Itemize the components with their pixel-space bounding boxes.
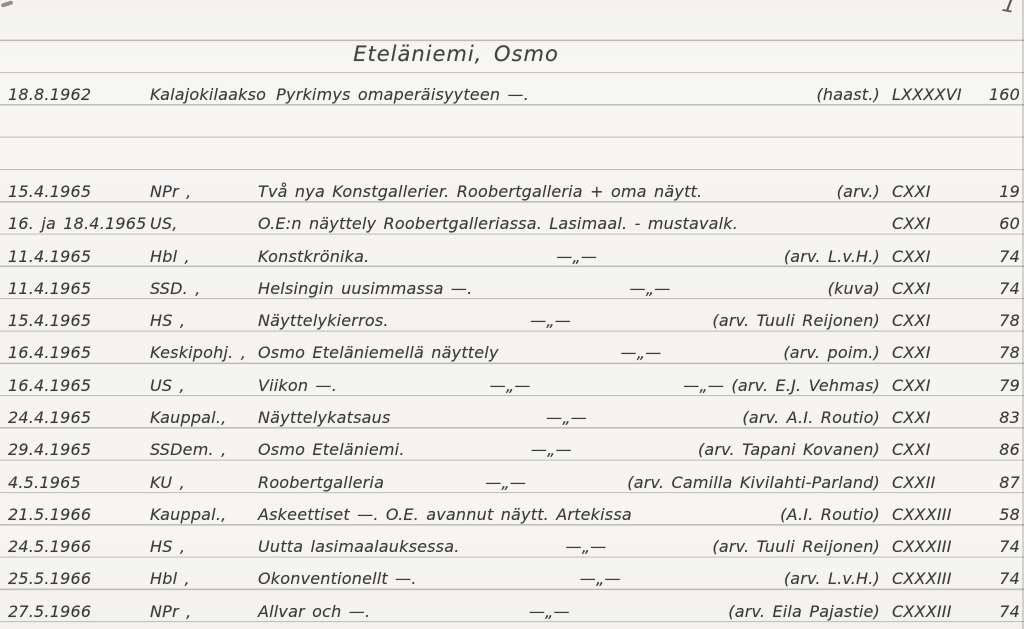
- ditto-mark: —„—: [566, 537, 607, 556]
- entry-row: 15.4.1965 HS , Näyttelykierros. —„— (arv…: [0, 303, 1024, 333]
- entry-title: Roobertgalleria: [258, 473, 384, 492]
- index-card: 1 Eteläniemi, Osmo 18.8.1962 Kalajokilaa…: [0, 0, 1024, 629]
- entry-newspaper: HS ,: [150, 311, 258, 330]
- scan-smudge: [1, 0, 14, 8]
- entry-reference: CXXI 83: [892, 408, 1020, 427]
- volume-numeral: CXXI: [892, 279, 931, 298]
- entry-reference: CXXI 78: [892, 311, 1020, 330]
- entry-note: (arv. Camilla Kivilahti-Parland): [627, 473, 892, 492]
- entry-newspaper: Kalajokilaakso: [150, 85, 276, 104]
- entry-date: 4.5.1965: [8, 473, 150, 492]
- entry-reference: CXXI 86: [892, 440, 1020, 459]
- ditto-mark: —„—: [530, 311, 571, 330]
- page-number: 78: [999, 311, 1020, 330]
- entry-row: 16.4.1965 US , Viikon —. —„— —„— (arv. E…: [0, 368, 1024, 398]
- entry-note: (arv. Tapani Kovanen): [698, 440, 892, 459]
- page-number: 58: [999, 505, 1020, 524]
- entry-row: 11.4.1965 SSD. , Helsingin uusimmassa —.…: [0, 271, 1024, 301]
- volume-numeral: CXXI: [892, 311, 931, 330]
- entry-title: Askeettiset —. O.E. avannut näytt. Artek…: [258, 505, 632, 524]
- entry-note: (arv.): [837, 182, 892, 201]
- entry-ditto-gap: —„—: [472, 279, 827, 298]
- entry-note: (arv. L.v.H.): [784, 569, 892, 588]
- volume-numeral: CXXI: [892, 440, 931, 459]
- volume-numeral: CXXXIII: [892, 602, 952, 621]
- entry-row: 4.5.1965 KU , Roobertgalleria —„— (arv. …: [0, 465, 1024, 495]
- page-number: 87: [999, 473, 1020, 492]
- entry-newspaper: SSD. ,: [150, 279, 258, 298]
- entry-date: 11.4.1965: [8, 279, 150, 298]
- volume-numeral: CXXI: [892, 376, 931, 395]
- entry-reference: CXXI 19: [892, 182, 1020, 201]
- entry-newspaper: Kauppal.,: [150, 408, 258, 427]
- entry-note: (arv. Tuuli Reijonen): [712, 537, 892, 556]
- entry-reference: CXXII 87: [892, 473, 1020, 492]
- page-number: 74: [999, 247, 1020, 266]
- ditto-mark: —„—: [529, 602, 570, 621]
- entry-row: 11.4.1965 Hbl , Konstkrönika. —„— (arv. …: [0, 239, 1024, 269]
- entry-title: Näyttelykatsaus: [258, 408, 391, 427]
- entry-title: O.E:n näyttely Roobertgalleriassa. Lasim…: [258, 214, 738, 233]
- entry-note: (arv. Tuuli Reijonen): [712, 311, 892, 330]
- ditto-mark: —„—: [546, 408, 587, 427]
- entry-newspaper: NPr ,: [150, 182, 258, 201]
- page-number: 19: [999, 182, 1020, 201]
- volume-numeral: CXXI: [892, 343, 931, 362]
- volume-numeral: CXXII: [892, 473, 936, 492]
- entry-date: 15.4.1965: [8, 182, 150, 201]
- entry-newspaper: HS ,: [150, 537, 258, 556]
- entry-title: Osmo Eteläniemi.: [258, 440, 405, 459]
- entry-title: Allvar och —.: [258, 602, 370, 621]
- entry-ditto-gap: —„—: [499, 343, 784, 362]
- entry-reference: CXXI 60: [892, 214, 1020, 233]
- entry-title: Helsingin uusimmassa —.: [258, 279, 472, 298]
- entry-ditto-gap: —„—: [337, 376, 683, 395]
- entry-note: (arv. Eila Pajastie): [728, 602, 892, 621]
- entry-title: Osmo Eteläniemellä näyttely: [258, 343, 499, 362]
- ditto-mark: —„—: [531, 440, 572, 459]
- entry-note: (arv. A.I. Routio): [742, 408, 892, 427]
- entry-date: 15.4.1965: [8, 311, 150, 330]
- entry-date: 24.4.1965: [8, 408, 150, 427]
- entry-title: Näyttelykierros.: [258, 311, 389, 330]
- entry-row: 16.4.1965 Keskipohj. , Osmo Eteläniemell…: [0, 335, 1024, 365]
- entry-newspaper: US ,: [150, 376, 258, 395]
- entry-ditto-gap: —„—: [405, 440, 698, 459]
- entry-date: 29.4.1965: [8, 440, 150, 459]
- entry-reference: CXXXIII 74: [892, 569, 1020, 588]
- entry-row: 24.4.1965 Kauppal., Näyttelykatsaus —„— …: [0, 400, 1024, 430]
- entry-newspaper: Kauppal.,: [150, 505, 258, 524]
- ditto-mark: —„—: [621, 343, 662, 362]
- entry-reference: CXXXIII 58: [892, 505, 1020, 524]
- entry-date: 21.5.1966: [8, 505, 150, 524]
- entry-ditto-gap: —„—: [369, 247, 783, 266]
- entry-reference: CXXI 74: [892, 279, 1020, 298]
- ditto-mark: —„—: [556, 247, 597, 266]
- entry-date: 16. ja 18.4.1965: [8, 214, 150, 233]
- entry-reference: CXXI 79: [892, 376, 1020, 395]
- volume-numeral: CXXI: [892, 182, 931, 201]
- volume-numeral: CXXI: [892, 214, 931, 233]
- volume-numeral: CXXXIII: [892, 537, 952, 556]
- volume-numeral: CXXI: [892, 247, 931, 266]
- ditto-mark: —„—: [580, 569, 621, 588]
- entry-row: 16. ja 18.4.1965 US, O.E:n näyttely Roob…: [0, 206, 1024, 236]
- entry-note: (arv. L.v.H.): [784, 247, 892, 266]
- entry-row: 15.4.1965 NPr , Två nya Konstgallerier. …: [0, 174, 1024, 204]
- entry-reference: CXXI 78: [892, 343, 1020, 362]
- volume-numeral: CXXI: [892, 408, 931, 427]
- entry-title: Okonventionellt —.: [258, 569, 417, 588]
- entry-newspaper: Keskipohj. ,: [150, 343, 258, 362]
- entry-note: (kuva): [828, 279, 892, 298]
- entry-note: (haast.): [816, 85, 892, 104]
- page-number-mark: 1: [1000, 0, 1018, 19]
- entry-newspaper: Hbl ,: [150, 569, 258, 588]
- entry-newspaper: KU ,: [150, 473, 258, 492]
- entry-row: 27.5.1966 NPr , Allvar och —. —„— (arv. …: [0, 594, 1024, 624]
- page-number: 74: [999, 279, 1020, 298]
- entry-title: Två nya Konstgallerier. Roobertgalleria …: [258, 182, 702, 201]
- entry-date: 27.5.1966: [8, 602, 150, 621]
- entry-ditto-gap: —„—: [391, 408, 743, 427]
- entry-date: 16.4.1965: [8, 376, 150, 395]
- page-number: 78: [999, 343, 1020, 362]
- entry-newspaper: Hbl ,: [150, 247, 258, 266]
- page-number: 60: [999, 214, 1020, 233]
- page-number: 83: [999, 408, 1020, 427]
- page-number: 160: [989, 85, 1020, 104]
- entry-newspaper: NPr ,: [150, 602, 258, 621]
- entry-row: 21.5.1966 Kauppal., Askeettiset —. O.E. …: [0, 497, 1024, 527]
- page-number: 74: [999, 537, 1020, 556]
- page-number: 74: [999, 569, 1020, 588]
- entry-reference: CXXI 74: [892, 247, 1020, 266]
- entry-ditto-gap: —„—: [460, 537, 713, 556]
- entry-ditto-gap: —„—: [370, 602, 728, 621]
- entry-title: Viikon —.: [258, 376, 337, 395]
- entry-ditto-gap: —„—: [389, 311, 713, 330]
- volume-numeral: CXXXIII: [892, 569, 952, 588]
- entry-row: 25.5.1966 Hbl , Okonventionellt —. —„— (…: [0, 561, 1024, 591]
- entry-title: Pyrkimys omaperäisyyteen —.: [276, 85, 529, 104]
- entry-date: 16.4.1965: [8, 343, 150, 362]
- ditto-mark: —„—: [490, 376, 531, 395]
- entry-newspaper: US,: [150, 214, 258, 233]
- page-number: 79: [999, 376, 1020, 395]
- entry-date: 25.5.1966: [8, 569, 150, 588]
- entry-note: —„— (arv. E.J. Vehmas): [683, 376, 892, 395]
- volume-numeral: LXXXXVI: [892, 85, 962, 104]
- entry-newspaper: SSDem. ,: [150, 440, 258, 459]
- page-title: Eteläniemi, Osmo: [0, 42, 968, 71]
- entry-title: Uutta lasimaalauksessa.: [258, 537, 460, 556]
- entry-date: 18.8.1962: [8, 85, 150, 104]
- entry-ditto-gap: —„—: [384, 473, 627, 492]
- entry-reference: CXXXIII 74: [892, 602, 1020, 621]
- volume-numeral: CXXXIII: [892, 505, 952, 524]
- entry-row: 29.4.1965 SSDem. , Osmo Eteläniemi. —„— …: [0, 432, 1024, 462]
- entry-note: (A.I. Routio): [780, 505, 892, 524]
- ditto-mark: —„—: [485, 473, 526, 492]
- page-number: 74: [999, 602, 1020, 621]
- entry-date: 11.4.1965: [8, 247, 150, 266]
- entry-reference: CXXXIII 74: [892, 537, 1020, 556]
- entry-ditto-gap: —„—: [417, 569, 784, 588]
- entry-date: 24.5.1966: [8, 537, 150, 556]
- page-number: 86: [999, 440, 1020, 459]
- entry-title: Konstkrönika.: [258, 247, 369, 266]
- entry-note: (arv. poim.): [783, 343, 892, 362]
- entry-row: 18.8.1962 Kalajokilaakso Pyrkimys omaper…: [0, 77, 1024, 107]
- ditto-mark: —„—: [630, 279, 671, 298]
- entry-row: 24.5.1966 HS , Uutta lasimaalauksessa. —…: [0, 529, 1024, 559]
- entry-reference: LXXXXVI 160: [892, 85, 1020, 104]
